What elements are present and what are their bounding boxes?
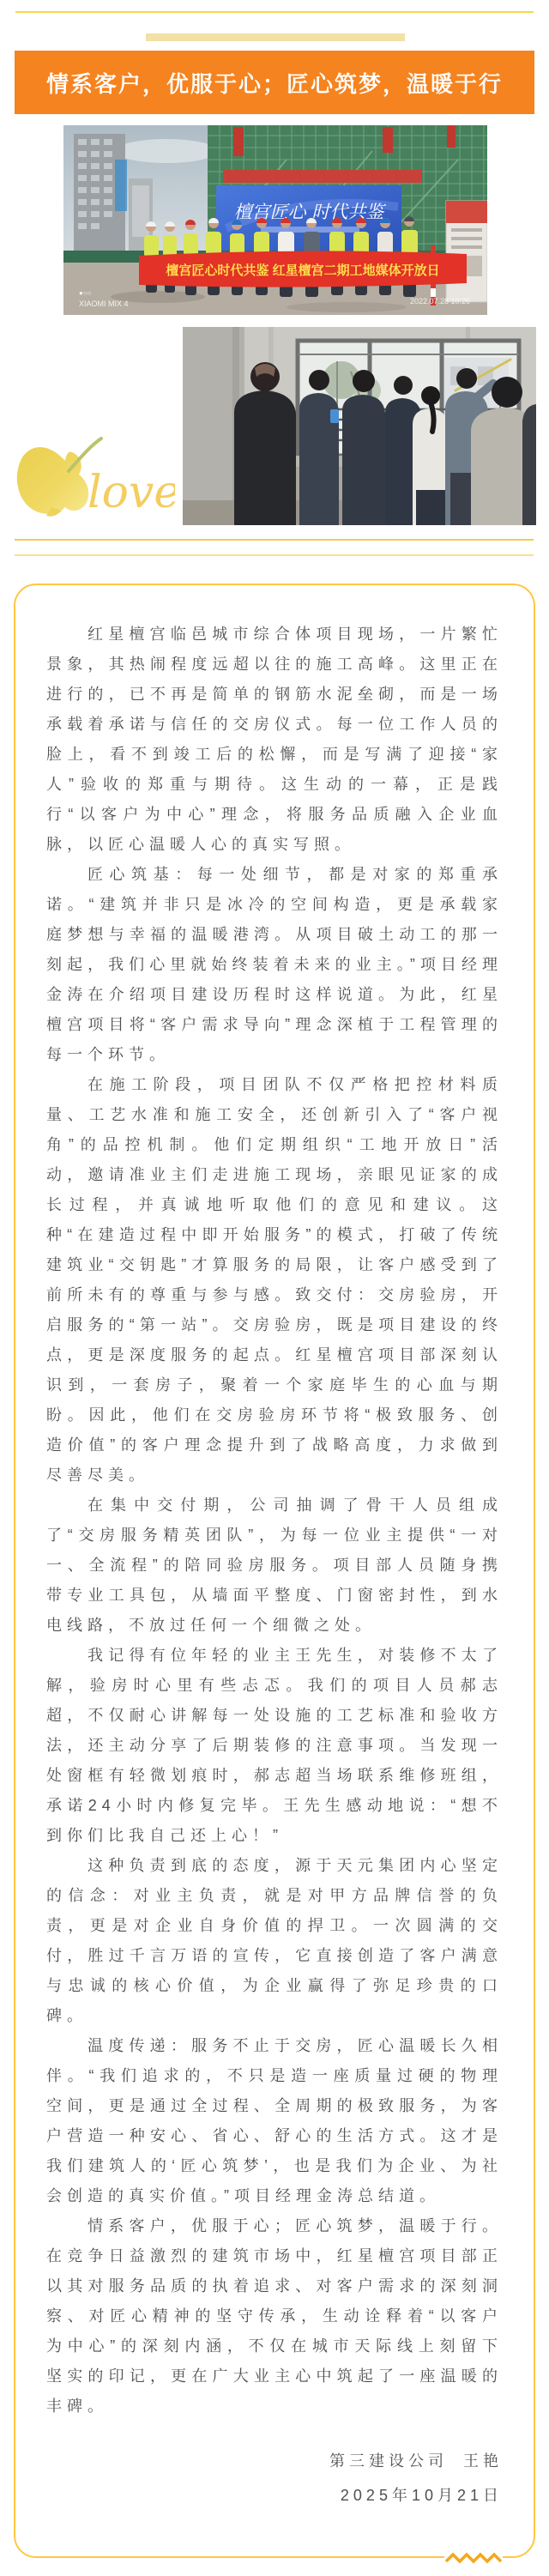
signature-block: 第三建设公司王艳 2025年10月21日 [46, 2444, 503, 2513]
camera-dots: ●○○ [79, 289, 92, 297]
signature-author: 王艳 [463, 2452, 503, 2470]
article-paragraph: 匠心筑基：每一处细节，都是对家的郑重承诺。“建筑并非只是冰冷的空间构造，更是承载… [46, 860, 503, 1070]
article-page: 情系客户，优服于心；匠心筑梦，温暖于行 [0, 0, 549, 2576]
article-paragraph: 这种负责到底的态度，源于天元集团内心坚定的信念：对业主负责，就是对甲方品牌信誉的… [46, 1851, 503, 2031]
page-title: 情系客户，优服于心；匠心筑梦，温暖于行 [46, 67, 503, 99]
article-paragraph: 红星檀宫临邑城市综合体项目现场，一片繁忙景象，其热闹程度远超以往的施工高峰。这里… [46, 620, 503, 860]
section-divider-bottom [15, 554, 534, 556]
photo-timestamp: 2022.07.28 10:26 [410, 297, 470, 305]
article-paragraph: 情系客户，优服于心；匠心筑梦，温暖于行。在竞争日益激烈的建筑市场中，红星檀宫项目… [46, 2211, 503, 2422]
article-paragraph: 在施工阶段，项目团队不仅严格把控材料质量、工艺水准和施工安全，还创新引入了“客户… [46, 1070, 503, 1491]
love-script-text: love [87, 467, 175, 518]
photo-room-inspection [183, 327, 536, 525]
article-paragraph: 温度传递：服务不止于交房，匠心温暖长久相伴。“我们追求的，不只是造一座质量过硬的… [46, 2031, 503, 2211]
title-banner: 情系客户，优服于心；匠心筑梦，温暖于行 [15, 51, 534, 114]
held-banner-text: 檀宫匠心时代共鉴 红星檀宫二期工地媒体开放日 [166, 263, 439, 278]
scaffold-banner [223, 170, 422, 183]
signature-date: 2025年10月21日 [46, 2478, 503, 2513]
zigzag-decoration [444, 2547, 503, 2566]
section-divider-top [15, 539, 534, 541]
article-body-box: 红星檀宫临邑城市综合体项目现场，一片繁忙景象，其热闹程度远超以往的施工高峰。这里… [14, 584, 535, 2558]
signature-line: 第三建设公司王艳 [46, 2444, 503, 2478]
photo-media-open-day: 檀宫匠心 时代共鉴 [63, 125, 487, 315]
header-accent-bar [146, 33, 405, 41]
camera-watermark: XIAOMI MIX 4 [79, 299, 129, 308]
site-signboard [446, 201, 487, 302]
signature-company: 第三建设公司 [329, 2452, 448, 2470]
ginkgo-love-decoration: love [12, 432, 175, 524]
article-paragraph: 在集中交付期，公司抽调了骨干人员组成了“交房服务精英团队”，为每一位业主提供“一… [46, 1491, 503, 1641]
held-banner: 檀宫匠心时代共鉴 红星檀宫二期工地媒体开放日 [139, 251, 467, 287]
article-paragraphs: 红星檀宫临邑城市综合体项目现场，一片繁忙景象，其热闹程度远超以往的施工高峰。这里… [46, 620, 503, 2422]
article-paragraph: 我记得有位年轻的业主王先生，对装修不太了解，验房时心里有些忐忑。我们的项目人员郝… [46, 1641, 503, 1851]
top-divider [15, 11, 534, 13]
